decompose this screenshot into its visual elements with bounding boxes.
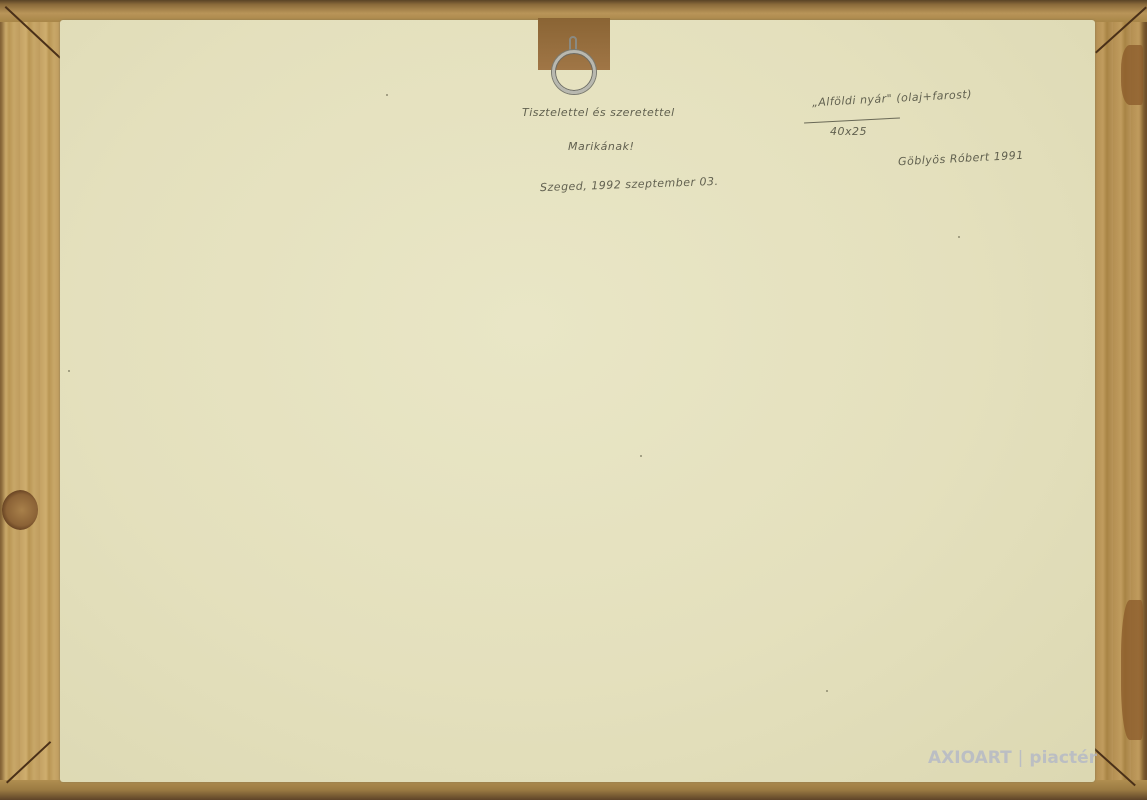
paper-speck: [68, 370, 70, 372]
paper-speck: [958, 236, 960, 238]
watermark: AXIOART|piactér: [928, 748, 1097, 768]
dedication-line-1: Tisztelettel és szeretettel: [522, 106, 675, 119]
paper-speck: [826, 690, 828, 692]
watermark-separator: |: [1018, 748, 1024, 768]
paper-speck: [386, 94, 388, 96]
watermark-sub: piactér: [1029, 748, 1097, 768]
hanging-ring-icon: [552, 50, 596, 94]
backing-paper: [60, 20, 1095, 782]
frame-right-rail: [1095, 0, 1147, 800]
watermark-brand: AXIOART: [928, 748, 1012, 768]
frame-bottom-rail: [0, 780, 1147, 800]
artwork-back-photo: Tisztelettel és szeretettel Marikának! S…: [0, 0, 1147, 800]
artwork-size: 40x25: [830, 125, 867, 138]
frame-left-rail: [0, 0, 62, 800]
wood-stain: [1121, 600, 1143, 740]
paper-speck: [640, 455, 642, 457]
dedication-line-2: Marikának!: [568, 140, 634, 153]
wood-stain: [1121, 45, 1143, 105]
wood-knot: [2, 490, 38, 530]
